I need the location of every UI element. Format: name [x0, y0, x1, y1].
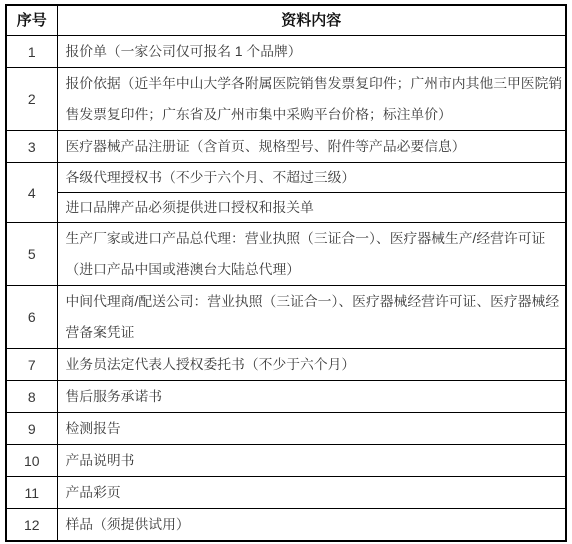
row-content-cell: 产品说明书	[57, 445, 566, 477]
col-header-serial-number: 序号	[6, 5, 57, 36]
table-row: 11产品彩页	[6, 477, 566, 509]
content-line: 医疗器械产品注册证（含首页、规格型号、附件等产品必要信息）	[58, 131, 566, 162]
content-line: 生产厂家或进口产品总代理：营业执照（三证合一）、医疗器械生产/经营许可证（进口产…	[58, 223, 566, 285]
row-number-cell: 8	[6, 381, 57, 413]
row-content-cell: 报价依据（近半年中山大学各附属医院销售发票复印件；广州市内其他三甲医院销售发票复…	[57, 68, 566, 131]
row-content-cell: 产品彩页	[57, 477, 566, 509]
materials-table: 序号 资料内容 1报价单（一家公司仅可报名 1 个品牌）2报价依据（近半年中山大…	[5, 4, 567, 542]
content-line: 样品（须提供试用）	[58, 509, 566, 540]
table-row: 2报价依据（近半年中山大学各附属医院销售发票复印件；广州市内其他三甲医院销售发票…	[6, 68, 566, 131]
row-number-cell: 6	[6, 286, 57, 349]
content-line: 产品说明书	[58, 445, 566, 476]
row-number-cell: 7	[6, 349, 57, 381]
row-number-cell: 12	[6, 509, 57, 542]
row-content-cell: 检测报告	[57, 413, 566, 445]
table-row: 3医疗器械产品注册证（含首页、规格型号、附件等产品必要信息）	[6, 131, 566, 163]
table-row: 12样品（须提供试用）	[6, 509, 566, 542]
row-number-cell: 11	[6, 477, 57, 509]
table-row: 4各级代理授权书（不少于六个月、不超过三级）进口品牌产品必须提供进口授权和报关单	[6, 163, 566, 223]
row-content-cell: 业务员法定代表人授权委托书（不少于六个月）	[57, 349, 566, 381]
content-line: 中间代理商/配送公司：营业执照（三证合一）、医疗器械经营许可证、医疗器械经营备案…	[58, 286, 566, 348]
table-row: 10产品说明书	[6, 445, 566, 477]
table-row: 7业务员法定代表人授权委托书（不少于六个月）	[6, 349, 566, 381]
row-content-cell: 中间代理商/配送公司：营业执照（三证合一）、医疗器械经营许可证、医疗器械经营备案…	[57, 286, 566, 349]
row-content-cell: 各级代理授权书（不少于六个月、不超过三级）进口品牌产品必须提供进口授权和报关单	[57, 163, 566, 223]
row-number-cell: 9	[6, 413, 57, 445]
table-row: 5生产厂家或进口产品总代理：营业执照（三证合一）、医疗器械生产/经营许可证（进口…	[6, 223, 566, 286]
row-number-cell: 2	[6, 68, 57, 131]
row-content-cell: 报价单（一家公司仅可报名 1 个品牌）	[57, 36, 566, 68]
content-line: 各级代理授权书（不少于六个月、不超过三级）	[58, 163, 566, 192]
table-row: 9检测报告	[6, 413, 566, 445]
row-content-cell: 样品（须提供试用）	[57, 509, 566, 542]
content-line: 售后服务承诺书	[58, 381, 566, 412]
table-row: 1报价单（一家公司仅可报名 1 个品牌）	[6, 36, 566, 68]
row-content-cell: 生产厂家或进口产品总代理：营业执照（三证合一）、医疗器械生产/经营许可证（进口产…	[57, 223, 566, 286]
content-line: 业务员法定代表人授权委托书（不少于六个月）	[58, 349, 566, 380]
row-number-cell: 5	[6, 223, 57, 286]
table-row: 6中间代理商/配送公司：营业执照（三证合一）、医疗器械经营许可证、医疗器械经营备…	[6, 286, 566, 349]
header-row: 序号 资料内容	[6, 5, 566, 36]
row-number-cell: 10	[6, 445, 57, 477]
content-line: 进口品牌产品必须提供进口授权和报关单	[58, 192, 566, 222]
content-line: 检测报告	[58, 413, 566, 444]
content-line: 报价依据（近半年中山大学各附属医院销售发票复印件；广州市内其他三甲医院销售发票复…	[58, 68, 566, 130]
row-number-cell: 3	[6, 131, 57, 163]
row-number-cell: 1	[6, 36, 57, 68]
row-content-cell: 医疗器械产品注册证（含首页、规格型号、附件等产品必要信息）	[57, 131, 566, 163]
content-line: 报价单（一家公司仅可报名 1 个品牌）	[58, 36, 566, 67]
col-header-material-content: 资料内容	[57, 5, 566, 36]
row-content-cell: 售后服务承诺书	[57, 381, 566, 413]
content-line: 产品彩页	[58, 477, 566, 508]
table-row: 8售后服务承诺书	[6, 381, 566, 413]
row-number-cell: 4	[6, 163, 57, 223]
